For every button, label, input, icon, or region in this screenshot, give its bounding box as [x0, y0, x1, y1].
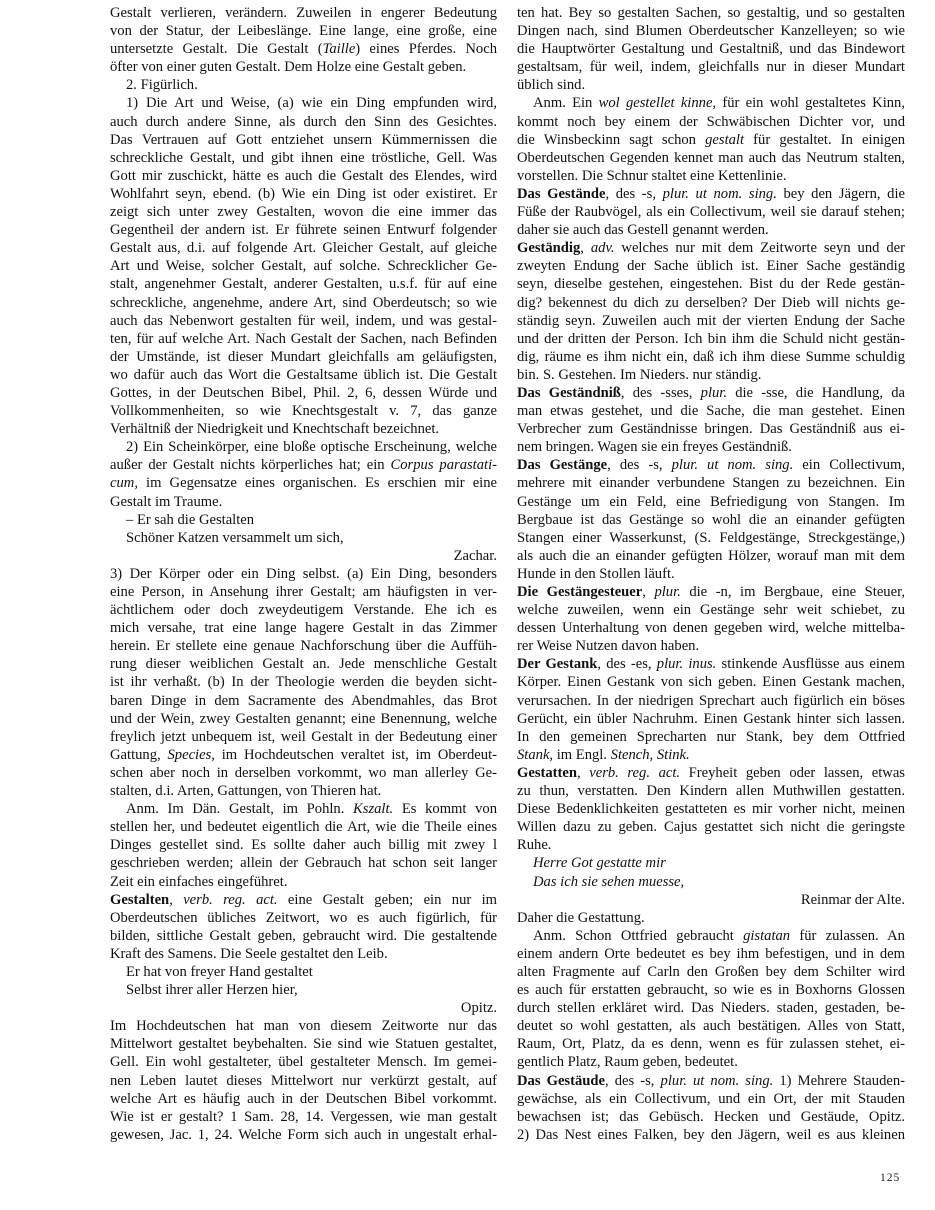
left-text-column: Gestalt verlieren, verändern. Zuweilen i…	[110, 4, 497, 1144]
text-line: zu thun, verstatten. Den Kindern allen M…	[517, 782, 905, 800]
text-line: rer Weise Nutzen davon haben.	[517, 637, 905, 655]
text-line: Art und Weise, solcher Gestalt, auf solc…	[110, 257, 497, 275]
text-line: ten, für auf welche Art. Nach Gestalt de…	[110, 330, 497, 348]
text-line: bilden, sittliche Gestalt geben, gebrauc…	[110, 927, 497, 945]
text-line: mehrere mit einander verbundene Stangen …	[517, 474, 905, 492]
text-line: Stangen einer Wasserkunst, (S. Feldgestä…	[517, 529, 905, 547]
text-line: dessen Unterhaltung von denen gegeben wi…	[517, 619, 905, 637]
text-line: es auch für erstatten gebraucht, so wie …	[517, 981, 905, 999]
text-line: Gestalt im Traume.	[110, 493, 497, 511]
text-line: Gestatten, verb. reg. act. Freyheit gebe…	[517, 764, 905, 782]
text-line: schreckliche Gestalt, und gibt ihnen ein…	[110, 149, 497, 167]
text-line: Gestalt verlieren, verändern. Zuweilen i…	[110, 4, 497, 22]
text-line: Gerücht, ein übler Nachruhm. Einen Gesta…	[517, 710, 905, 728]
text-line: Wohlfahrt seyn, ebend. (b) Wie ein Ding …	[110, 185, 497, 203]
text-line: Das Vertrauen auf Gott entziehet unsern …	[110, 131, 497, 149]
text-line: Vollkommenheiten, so wie Knechtsgestalt …	[110, 402, 497, 420]
text-line: öfter von einer guten Gestalt. Dem Holze…	[110, 58, 497, 76]
text-line: ständig seyn. Zuweilen auch mit der vier…	[517, 312, 905, 330]
text-line: Das Gestäude, des -s, plur. ut nom. sing…	[517, 1072, 905, 1090]
text-line: untersetzte Gestalt. Die Gestalt (Taille…	[110, 40, 497, 58]
text-line: Kraft des Samens. Die Seele gestaltet de…	[110, 945, 497, 963]
page-number: 125	[880, 1172, 900, 1184]
text-line: dig? bekennest du dich zu derselben? Der…	[517, 294, 905, 312]
text-line: die Winsbeckinn sagt schon gestalt für g…	[517, 131, 905, 149]
text-line: baren Dinge in dem Sacramente des Abendm…	[110, 692, 497, 710]
text-line: gentlich Platz, Raum geben, bedeutet.	[517, 1053, 905, 1071]
text-line: stalten, d.i. Arten, Gattungen, von Thie…	[110, 782, 497, 800]
text-line: schreckliche, angenehme, andere Art, sin…	[110, 294, 497, 312]
text-line: Körper. Einen Gestank von sich geben. Ei…	[517, 673, 905, 691]
text-line: deutet so wohl gestatten, als auch bestä…	[517, 1017, 905, 1035]
text-line: einem andern Orte bedeutet es bey ihm be…	[517, 945, 905, 963]
text-line: 3) Der Körper oder ein Ding selbst. (a) …	[110, 565, 497, 583]
text-line: Anm. Ein wol gestellet kinne, für ein wo…	[517, 94, 905, 112]
text-line: welche Art es häufig auch in der Deutsch…	[110, 1090, 497, 1108]
text-line: eine Person, in Ansehung ihrer Gestalt; …	[110, 583, 497, 601]
text-line: üblich sind.	[517, 76, 905, 94]
text-line: rung dieser weiblichen Gestalt an. Jede …	[110, 655, 497, 673]
text-line: Hunde in den Stollen läuft.	[517, 565, 905, 583]
text-line: zeigt sich unter zwey Gestalten, wovon d…	[110, 203, 497, 221]
text-line: Diese Bedenklichkeiten gestatteten es mi…	[517, 800, 905, 818]
text-line: Verbrecher zum Geständnisse bringen. Das…	[517, 420, 905, 438]
text-line: durch stellen erkläret wird. Das Nieders…	[517, 999, 905, 1017]
text-line: kommt noch bey einem der Schwäbischen Di…	[517, 113, 905, 131]
text-line: Oberdeutschen übliches Zeitwort, wo es a…	[110, 909, 497, 927]
text-line: daher sie auch das Gestell genannt werde…	[517, 221, 905, 239]
text-line: Im Hochdeutschen hat man von diesem Zeit…	[110, 1017, 497, 1035]
text-line: Willen dazu zu geben. Cajus gestattet si…	[517, 818, 905, 836]
text-line: Reinmar der Alte.	[517, 891, 905, 909]
text-line: Gegentheil der andern ist. Er führete se…	[110, 221, 497, 239]
text-line: dig, räume es ihm nicht ein, daß ich ihm…	[517, 348, 905, 366]
text-line: Gottes, in der Deutschen Bibel, Phil. 2,…	[110, 384, 497, 402]
text-line: ächtlichem oder doch zweydeutigem Versta…	[110, 601, 497, 619]
text-line: vorstellen. Die Schnur staltet eine Kett…	[517, 167, 905, 185]
text-line: Wie ist er gestalt? 1 Sam. 28, 14. Verge…	[110, 1108, 497, 1126]
text-line: auch durch andere Sinne, als durch den S…	[110, 113, 497, 131]
text-line: Dinges gestellet sind. Es sollte daher a…	[110, 836, 497, 854]
text-line: Anm. Im Dän. Gestalt, im Pohln. Kszalt. …	[110, 800, 497, 818]
text-line: Verhältniß der Niedrigkeit und Knechtsch…	[110, 420, 497, 438]
text-line: von der Statur, der Leibeslänge. Eine la…	[110, 22, 497, 40]
text-line: Der Gestank, des -es, plur. inus. stinke…	[517, 655, 905, 673]
text-line: geschrieben werden; allein der Gebrauch …	[110, 854, 497, 872]
text-line: Das Geständniß, des -sses, plur. die -ss…	[517, 384, 905, 402]
text-line: mich versahe, trat eine lange hagere Ges…	[110, 619, 497, 637]
text-line: alten Fragmente auf Carln den Großen bey…	[517, 963, 905, 981]
text-line: wo dafür auch das Wort die Gestaltsame ü…	[110, 366, 497, 384]
text-line: Zachar.	[110, 547, 497, 565]
text-line: außer der Gestalt nichts körperliches ha…	[110, 456, 497, 474]
text-line: der Umstände, ist dieser Mundart gleichf…	[110, 348, 497, 366]
text-line: Zeit ein einfaches eingeführet.	[110, 873, 497, 891]
text-line: und der dritten der Person. Ich bin ihm …	[517, 330, 905, 348]
text-line: herein. Er stellete eine genaue Nachfors…	[110, 637, 497, 655]
text-line: 2) Das Nest eines Falken, bey den Jägern…	[517, 1126, 905, 1144]
text-line: die Hauptwörter Gestaltung und Gestaltni…	[517, 40, 905, 58]
text-line: stellen her, und bedeutet eigentlich die…	[110, 818, 497, 836]
text-line: Gestänge um ein Feld, eine Befriedigung …	[517, 493, 905, 511]
text-line: Gattung, Species, im Hochdeutschen veral…	[110, 746, 497, 764]
text-line: Anm. Schon Ottfried gebraucht gistatan f…	[517, 927, 905, 945]
text-line: Herre Got gestatte mir	[517, 854, 905, 872]
text-line: Er hat von freyer Hand gestaltet	[110, 963, 497, 981]
text-line: 1) Die Art und Weise, (a) wie ein Ding e…	[110, 94, 497, 112]
text-line: nen Leben lautet dieses Mittelwort nur v…	[110, 1072, 497, 1090]
text-line: Geständig, adv. welches nur mit dem Zeit…	[517, 239, 905, 257]
text-line: welche zuweilen, wenn ein Gestänge sehr …	[517, 601, 905, 619]
text-line: cum, im Gegensatze eines organischen. Es…	[110, 474, 497, 492]
text-line: Die Gestängesteuer, plur. die -n, im Ber…	[517, 583, 905, 601]
text-line: Gestalt aus, d.i. auf folgende Art. Glei…	[110, 239, 497, 257]
text-line: gewesen, Jac. 1, 24. Welche Form sich au…	[110, 1126, 497, 1144]
text-line: Mittelwort gestaltet beybehalten. Sie si…	[110, 1035, 497, 1053]
text-line: auch das Nebenwort gestalten für weil, i…	[110, 312, 497, 330]
text-line: gewächse, als ein Collectivum, und ein O…	[517, 1090, 905, 1108]
text-line: Schöner Katzen versammelt um sich,	[110, 529, 497, 547]
text-line: – Er sah die Gestalten	[110, 511, 497, 529]
text-line: Stank, im Engl. Stench, Stink.	[517, 746, 905, 764]
text-line: Bergbaue ist das Gestänge so wohl die an…	[517, 511, 905, 529]
text-line: In den gemeinen Sprecharten nur Stank, b…	[517, 728, 905, 746]
text-line: schen aber noch in derselben vorkommt, w…	[110, 764, 497, 782]
text-line: Das Gestänge, des -s, plur. ut nom. sing…	[517, 456, 905, 474]
text-line: Das ich sie sehen muesse,	[517, 873, 905, 891]
text-line: Daher die Gestattung.	[517, 909, 905, 927]
text-line: Raum, Ort, Platz, da es denn, wenn es fü…	[517, 1035, 905, 1053]
right-text-column: ten hat. Bey so gestalten Sachen, so ges…	[517, 4, 905, 1144]
text-line: Das Gestände, des -s, plur. ut nom. sing…	[517, 185, 905, 203]
text-line: Gestalten, verb. reg. act. eine Gestalt …	[110, 891, 497, 909]
text-line: ist ihr verhaßt. (b) In der Theologie we…	[110, 673, 497, 691]
text-line: Ruhe.	[517, 836, 905, 854]
text-line: zweyten Endung der Sache üblich ist. Ein…	[517, 257, 905, 275]
text-line: freylich jetzt unbequem ist, weil Gestal…	[110, 728, 497, 746]
text-line: als auch die an einander gefügten Hölzer…	[517, 547, 905, 565]
text-line: Oberdeutschen Gegenden kennet man auch d…	[517, 149, 905, 167]
text-line: bin. S. Gestehen. Im Nieders. nur ständi…	[517, 366, 905, 384]
text-line: seyn, dieselbe gestehen, eingestehen. Bi…	[517, 275, 905, 293]
text-line: stalt, angenehmer Gestalt, anderer Gesta…	[110, 275, 497, 293]
text-line: bewachsen ist; das Gebüsch. Hecken und G…	[517, 1108, 905, 1126]
text-line: gestaltsam, für weil, indem, gleichfalls…	[517, 58, 905, 76]
text-line: ten hat. Bey so gestalten Sachen, so ges…	[517, 4, 905, 22]
text-line: Dingen nach, sind Blumen Oberdeutscher K…	[517, 22, 905, 40]
text-line: und der Wein, zwey Gestalten genannt; ei…	[110, 710, 497, 728]
text-line: 2) Ein Scheinkörper, eine bloße optische…	[110, 438, 497, 456]
text-line: Gott mir zuschickt, hätte es auch die Ge…	[110, 167, 497, 185]
text-line: 2. Figürlich.	[110, 76, 497, 94]
text-line: Gell. Ein wohl gestalteter, übel gestalt…	[110, 1053, 497, 1071]
text-line: nem bringen. Wagen sie ein freyes Gestän…	[517, 438, 905, 456]
text-line: Selbst ihrer aller Herzen hier,	[110, 981, 497, 999]
text-line: man etwas gestehet, und die Sache, die m…	[517, 402, 905, 420]
text-line: verursachen. In der niedrigen Sprechart …	[517, 692, 905, 710]
text-line: Opitz.	[110, 999, 497, 1017]
text-line: Füße der Raubvögel, als ein Collectivum,…	[517, 203, 905, 221]
